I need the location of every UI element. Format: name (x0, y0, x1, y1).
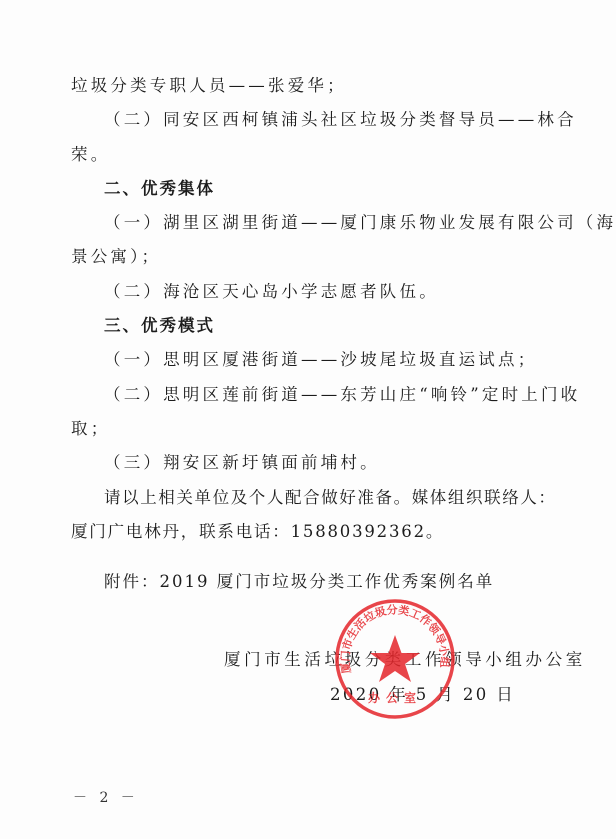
text-line-item-2: （二）同安区西柯镇浦头社区垃圾分类督导员——林合 (104, 110, 577, 130)
text-line-model-2: （二）思明区莲前街道——东芳山庄“响铃”定时上门收 (104, 385, 580, 405)
section-heading-excellent-model: 三、优秀模式 (104, 316, 215, 336)
attachment-line: 附件：2019 厦门市垃圾分类工作优秀案例名单 (104, 572, 494, 592)
signature-date: 2020 年 5 月 20 日 (330, 685, 515, 705)
text-line-collective-1: （一）湖里区湖里街道——厦门康乐物业发展有限公司（海 (104, 213, 616, 233)
text-line-model-3: （三）翔安区新圩镇面前埔村。 (104, 453, 380, 473)
document-page: 垃圾分类专职人员——张爱华； （二）同安区西柯镇浦头社区垃圾分类督导员——林合 … (0, 0, 616, 839)
page-number: － 2 － (73, 787, 139, 807)
signature-organization: 厦门市生活垃圾分类工作领导小组办公室 (224, 650, 586, 670)
text-line-collective-1-cont: 景公寓）； (71, 247, 161, 267)
text-line-notice: 请以上相关单位及个人配合做好准备。媒体组织联络人： (104, 488, 557, 508)
text-line-item-2-cont: 荣。 (71, 145, 110, 165)
section-heading-excellent-collective: 二、优秀集体 (104, 179, 215, 199)
text-line-collective-2: （二）海沧区天心岛小学志愿者队伍。 (104, 282, 439, 302)
text-line-model-2-cont: 取； (71, 419, 110, 439)
text-line-model-1: （一）思明区厦港街道——沙坡尾垃圾直运试点； (104, 350, 537, 370)
text-line-contact: 厦门广电林丹，联系电话：15880392362。 (71, 522, 444, 542)
text-line-staff: 垃圾分类专职人员——张爱华； (71, 76, 347, 96)
